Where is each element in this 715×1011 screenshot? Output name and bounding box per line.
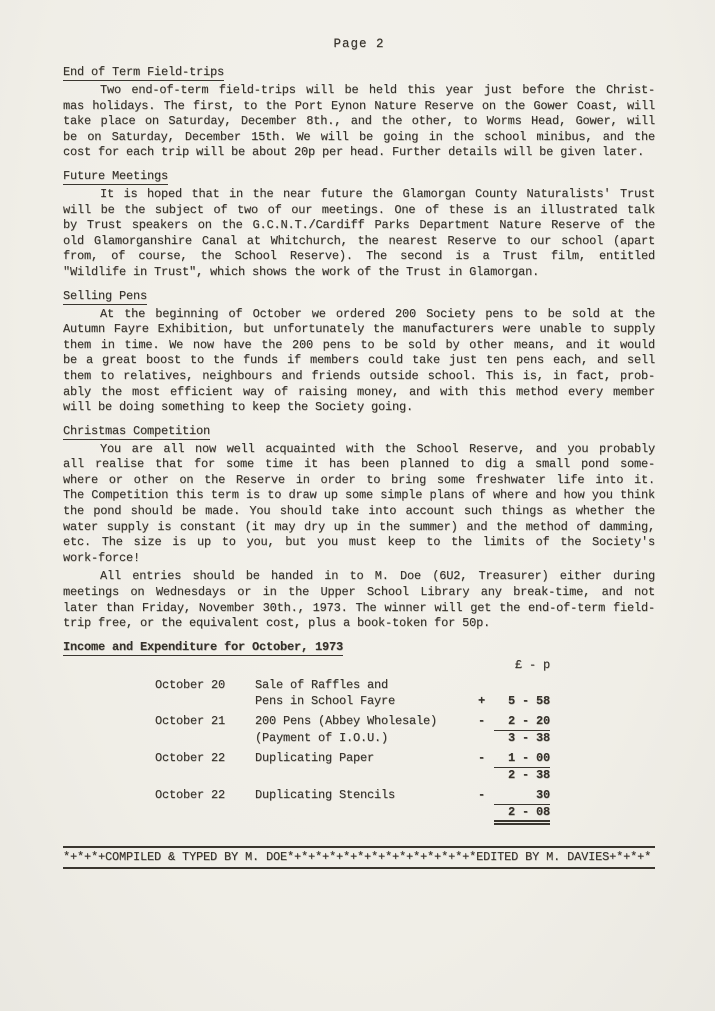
text-line: will be doing something to keep the Soci… — [63, 400, 655, 416]
sections-container: End of Term Field-tripsTwo end-of-term f… — [63, 62, 655, 632]
ledger-row: 2 - 38 — [63, 768, 655, 784]
text-line: from, of course, the School Reserve). Th… — [63, 249, 655, 265]
amount-value: 2 - 38 — [494, 768, 550, 784]
text-line: Autumn Fayre Exhibition, but unfortunate… — [63, 322, 655, 338]
ledger-amount: 2 - 38 — [478, 768, 550, 784]
amount-value: 3 - 38 — [494, 731, 550, 747]
document-page: Page 2 End of Term Field-tripsTwo end-of… — [0, 0, 715, 869]
ledger-group: October 21200 Pens (Abbey Wholesale)-2 -… — [63, 714, 655, 746]
text-line: You are all now well acquainted with the… — [63, 442, 655, 458]
ledger-date: October 20 — [155, 678, 255, 694]
text-line: take place on Saturday, December 8th., a… — [63, 114, 655, 130]
ledger-date: October 21 — [155, 714, 255, 731]
paragraph: At the beginning of October we ordered 2… — [63, 307, 655, 416]
section-future-meetings: Future MeetingsIt is hoped that in the n… — [63, 166, 655, 281]
ledger-date — [155, 768, 255, 784]
ledger-description: Duplicating Paper — [255, 751, 478, 768]
text-line: water supply is constant (it may dry up … — [63, 520, 655, 536]
ledger-date: October 22 — [155, 751, 255, 768]
amount-sign: - — [478, 751, 485, 768]
text-line: be a great boost to the funds if members… — [63, 353, 655, 369]
ledger-group: October 22Duplicating Stencils-302 - 08 — [63, 788, 655, 825]
ledger-description: (Payment of I.O.U.) — [255, 731, 478, 747]
ledger-amount: +5 - 58 — [478, 694, 550, 710]
text-line: them to relatives, neighbours and friend… — [63, 369, 655, 385]
ledger-amount: £ - p — [478, 658, 550, 674]
amount-sign: - — [478, 788, 485, 805]
amount-value: 30 — [494, 788, 550, 805]
ledger-row: October 22Duplicating Paper-1 - 00 — [63, 751, 655, 768]
text-line: the pond should be made. You should take… — [63, 504, 655, 520]
text-line: them in time. We now have the 200 pens t… — [63, 338, 655, 354]
ledger-description — [255, 805, 478, 826]
ledger-lines: £ - pOctober 20Sale of Raffles andPens i… — [63, 658, 655, 826]
paragraph: You are all now well acquainted with the… — [63, 442, 655, 567]
section-end-of-term-field-trips: End of Term Field-tripsTwo end-of-term f… — [63, 62, 655, 161]
paragraph: Two end-of-term field-trips will be held… — [63, 83, 655, 161]
ledger-row: 2 - 08 — [63, 805, 655, 826]
text-line: old Glamorganshire Canal at Whitchurch, … — [63, 234, 655, 250]
ledger-date: October 22 — [155, 788, 255, 805]
text-line: "Wildlife in Trust", which shows the wor… — [63, 265, 655, 281]
amount-value: £ - p — [494, 658, 550, 674]
ledger-date — [155, 694, 255, 710]
section-selling-pens: Selling PensAt the beginning of October … — [63, 286, 655, 416]
ledger-row: Pens in School Fayre+5 - 58 — [63, 694, 655, 710]
text-line: All entries should be handed in to M. Do… — [63, 569, 655, 585]
text-line: cost for each trip will be about 20p per… — [63, 145, 655, 161]
paragraph: It is hoped that in the near future the … — [63, 187, 655, 281]
section-heading: End of Term Field-trips — [63, 65, 224, 81]
text-line: be on Saturday, December 15th. We will b… — [63, 130, 655, 146]
ledger-date — [155, 731, 255, 747]
ledger-date — [155, 805, 255, 826]
page-number: Page 2 — [63, 37, 655, 51]
text-line: work-force! — [63, 551, 655, 567]
ledger-date — [155, 658, 255, 674]
footer-credits-text: *+*+*+COMPILED & TYPED BY M. DOE*+*+*+*+… — [63, 850, 651, 864]
ledger-row: £ - p — [63, 658, 655, 674]
section-heading: Christmas Competition — [63, 424, 210, 440]
section-heading: Selling Pens — [63, 289, 147, 305]
text-line: etc. The size is up to you, but you must… — [63, 535, 655, 551]
ledger-description: 200 Pens (Abbey Wholesale) — [255, 714, 478, 731]
amount-value: 2 - 20 — [494, 714, 550, 731]
text-line: It is hoped that in the near future the … — [63, 187, 655, 203]
amount-sign: + — [478, 694, 485, 710]
text-line: The Competition this term is to draw up … — [63, 488, 655, 504]
text-line: will be the subject of two of our meetin… — [63, 203, 655, 219]
text-line: trip free, or the equivalent cost, plus … — [63, 616, 655, 632]
text-line: At the beginning of October we ordered 2… — [63, 307, 655, 323]
ledger-row: October 20Sale of Raffles and — [63, 678, 655, 694]
amount-value: 5 - 58 — [494, 694, 550, 710]
paragraph: All entries should be handed in to M. Do… — [63, 569, 655, 631]
text-line: ably the most efficient way of raising m… — [63, 385, 655, 401]
section-christmas-competition: Christmas CompetitionYou are all now wel… — [63, 421, 655, 632]
ledger-group: October 22Duplicating Paper-1 - 002 - 38 — [63, 751, 655, 783]
ledger-group: £ - p — [63, 658, 655, 674]
ledger-group: October 20Sale of Raffles andPens in Sch… — [63, 678, 655, 709]
ledger-amount: 2 - 08 — [478, 805, 550, 826]
ledger-description — [255, 768, 478, 784]
amount-value: 2 - 08 — [494, 805, 550, 826]
amount-value: 1 - 00 — [494, 751, 550, 768]
text-line: Two end-of-term field-trips will be held… — [63, 83, 655, 99]
text-line: later than Friday, November 30th., 1973.… — [63, 601, 655, 617]
ledger-description: Sale of Raffles and — [255, 678, 478, 694]
ledger-row: October 22Duplicating Stencils-30 — [63, 788, 655, 805]
ledger-amount: -2 - 20 — [478, 714, 550, 731]
ledger-amount: -1 - 00 — [478, 751, 550, 768]
text-line: meetings on Wednesdays or in the Upper S… — [63, 585, 655, 601]
ledger-description: Pens in School Fayre — [255, 694, 478, 710]
ledger-row: October 21200 Pens (Abbey Wholesale)-2 -… — [63, 714, 655, 731]
ledger-description: Duplicating Stencils — [255, 788, 478, 805]
text-line: where or other on the Reserve in order t… — [63, 473, 655, 489]
ledger-section: Income and Expenditure for October, 1973… — [63, 637, 655, 826]
text-line: by Trust speakers on the G.C.N.T./Cardif… — [63, 218, 655, 234]
text-line: all realise that for some time it has be… — [63, 457, 655, 473]
ledger-amount: 3 - 38 — [478, 731, 550, 747]
section-heading: Future Meetings — [63, 169, 168, 185]
amount-sign: - — [478, 714, 485, 731]
ledger-row: (Payment of I.O.U.)3 - 38 — [63, 731, 655, 747]
ledger-amount: -30 — [478, 788, 550, 805]
ledger-heading: Income and Expenditure for October, 1973 — [63, 640, 343, 656]
ledger-description — [255, 658, 478, 674]
footer-credits: *+*+*+COMPILED & TYPED BY M. DOE*+*+*+*+… — [63, 846, 655, 869]
text-line: mas holidays. The first, to the Port Eyn… — [63, 99, 655, 115]
